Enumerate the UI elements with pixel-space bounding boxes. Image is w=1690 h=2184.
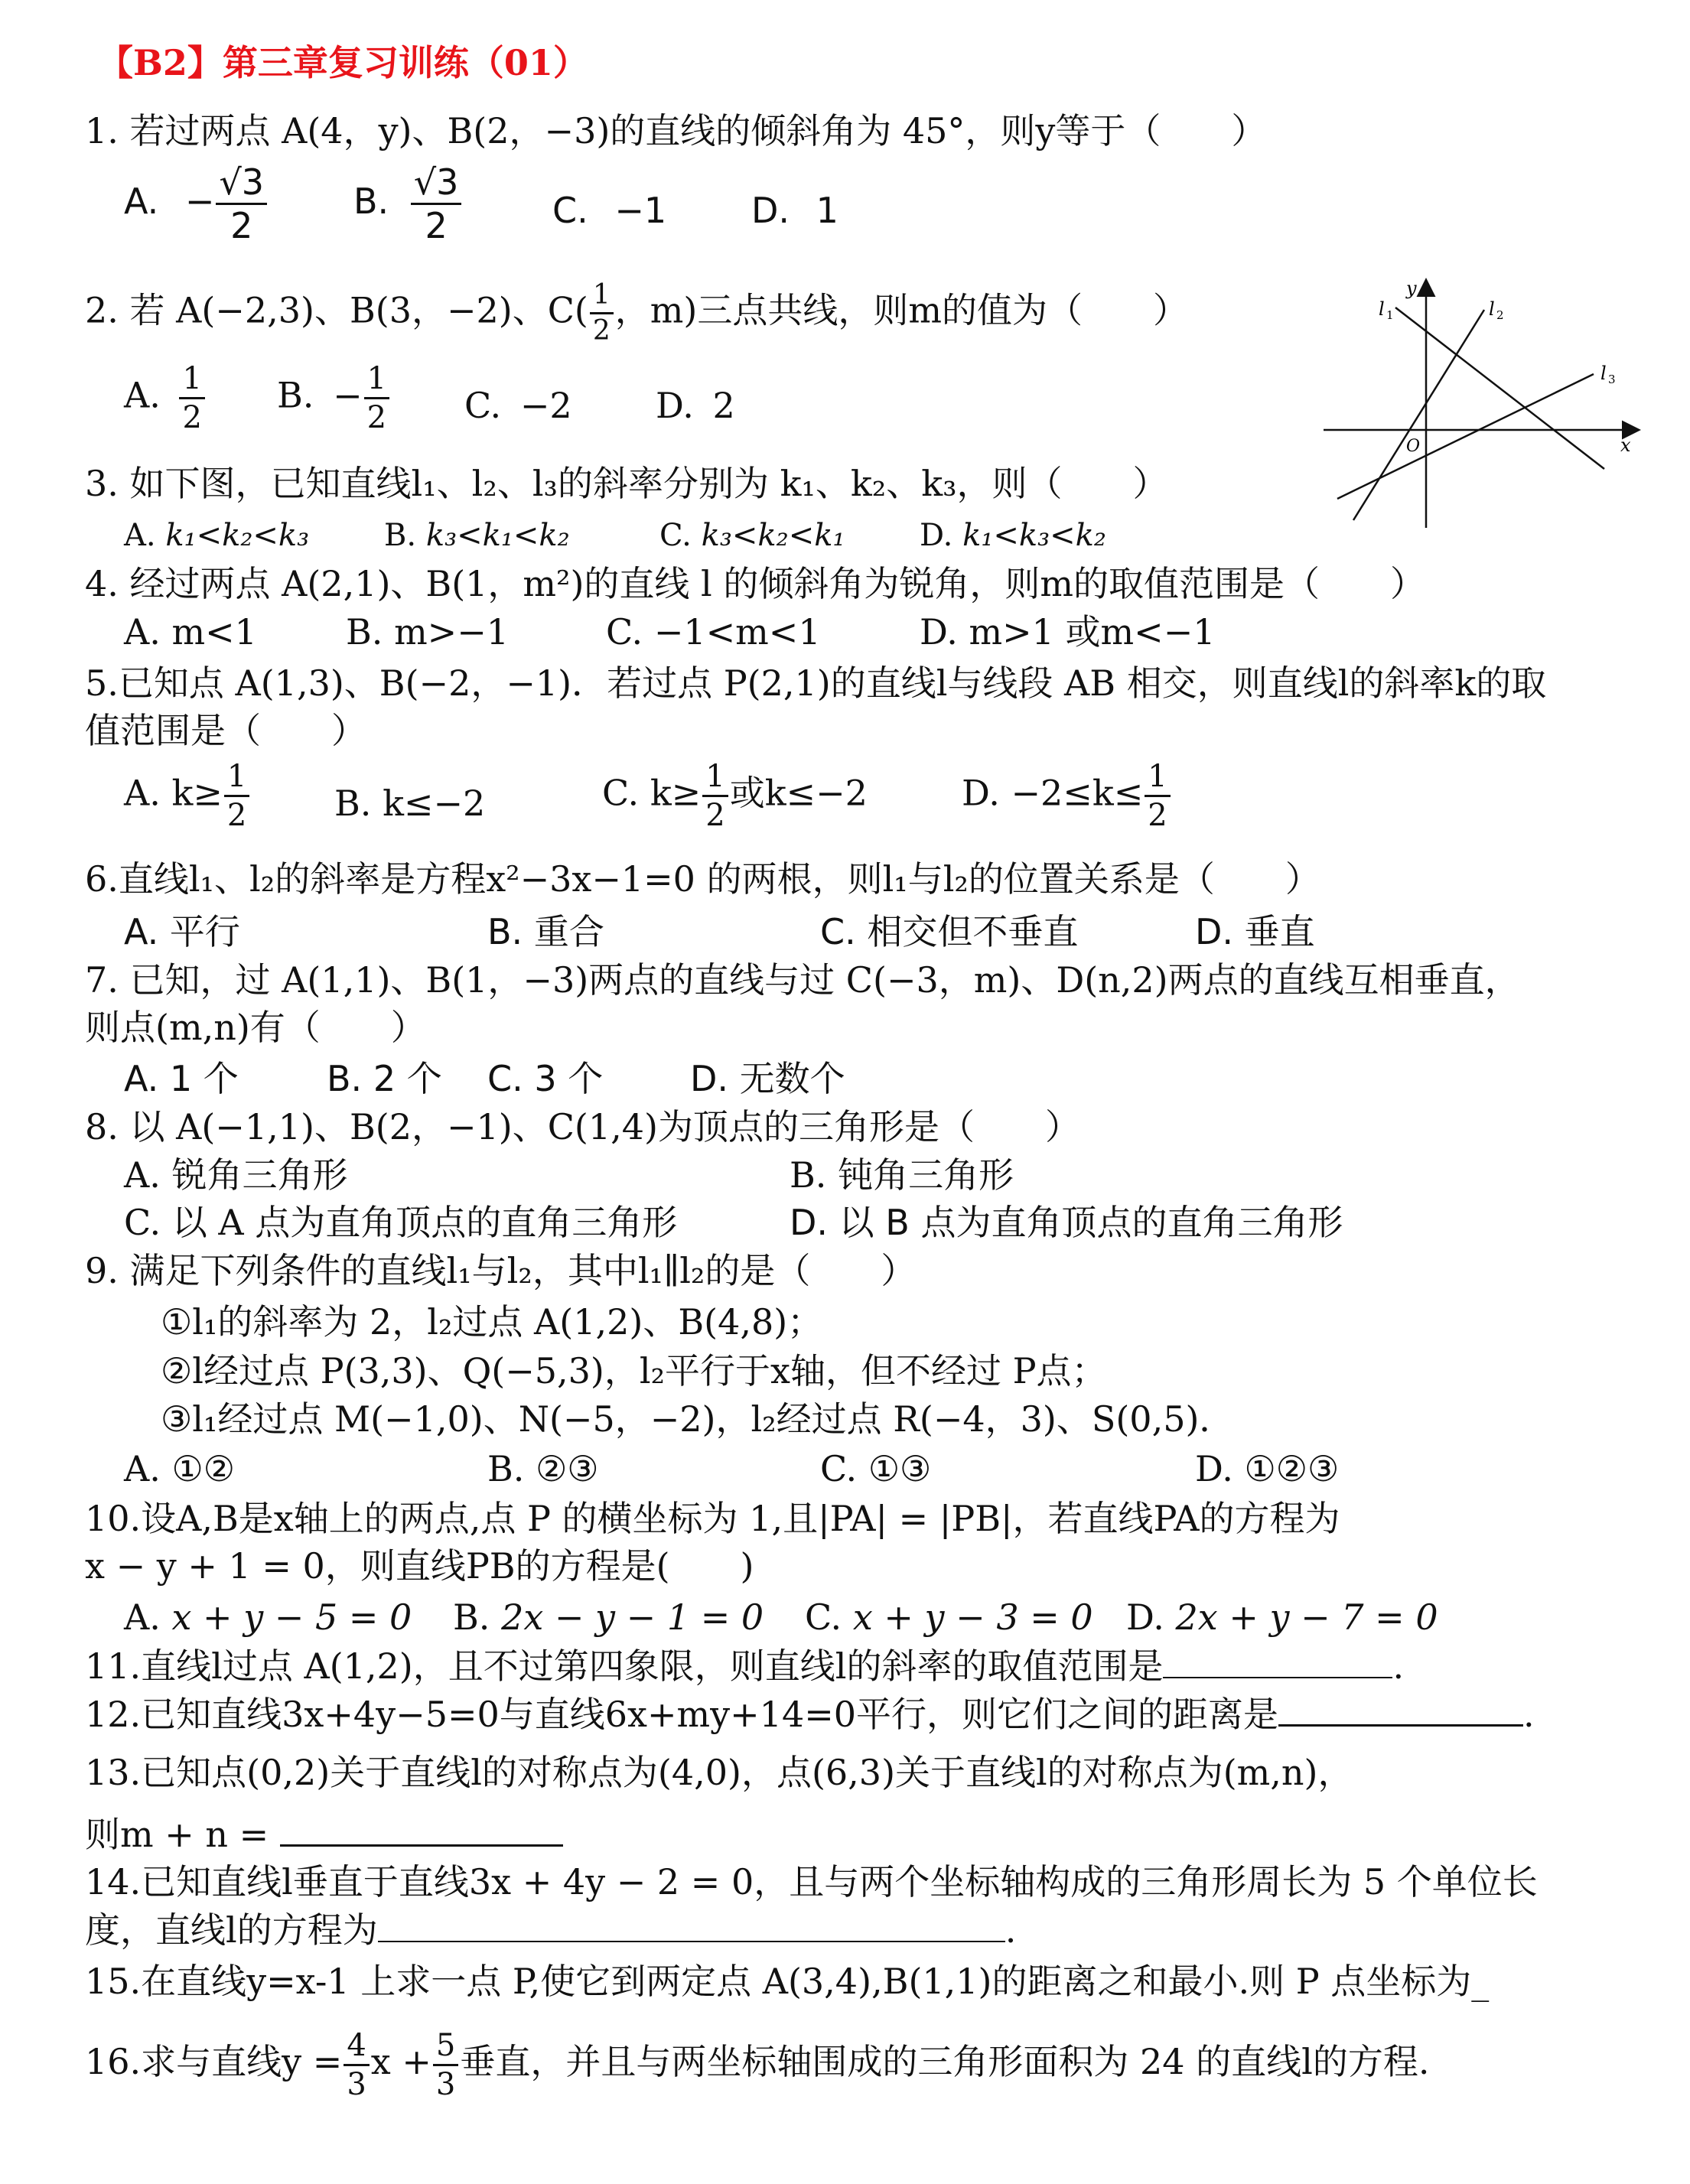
option-b: B. 2x − y − 1 = 0 [453,1594,764,1640]
question-4: 4. 经过两点 A(2,1)、B(1，m²)的直线 l 的倾斜角为锐角，则m的取… [85,561,1425,607]
origin-label: O [1406,437,1420,456]
x-axis-label: x [1620,435,1631,456]
svg-text:3: 3 [1608,373,1616,386]
question-8: 8. 以 A(−1,1)、B(2，−1)、C(1,4)为顶点的三角形是（ ） [85,1104,1080,1150]
svg-text:1: 1 [1386,308,1394,322]
question-2: 2. 若 A(−2,3)、B(3，−2)、C(12，m)三点共线，则m的值为（ … [85,282,1188,345]
option-b: B. 钝角三角形 [790,1152,1014,1198]
svg-text:l: l [1489,298,1495,320]
question-14: 14.已知直线l垂直于直线3x + 4y − 2 = 0，且与两个坐标轴构成的三… [85,1859,1538,1905]
question-15: 15.在直线y=x-1 上求一点 P,使它到两定点 A(3,4),B(1,1)的… [85,1958,1489,2004]
option-b: B. k₃<k₁<k₂ [384,513,570,558]
option-a: A. 1 个 [124,1056,239,1102]
option-b: B. m>−1 [346,609,509,655]
question-stem: 若过两点 A(4，y)、B(2，−3)的直线的倾斜角为 45°，则y等于（ ） [130,110,1267,151]
option-c: C. k≥12或k≤−2 [602,761,868,831]
answer-blank[interactable] [280,1814,563,1847]
line-l3 [1337,374,1594,499]
option-d: D. ①②③ [1195,1446,1339,1492]
option-a: A. m<1 [124,609,257,655]
option-a: A. −√32 [124,164,269,243]
option-a: A. 锐角三角形 [124,1152,347,1198]
option-b: B. ②③ [487,1446,599,1492]
title-text: 第三章复习训练（01） [223,42,588,83]
answer-blank[interactable] [1163,1646,1392,1678]
question-10: 10.设A,B是x轴上的两点,点 P 的横坐标为 1,且|PA| = |PB|，… [85,1496,1340,1541]
option-b: B. 2 个 [327,1056,442,1102]
option-a: A. ①② [124,1446,235,1492]
question-13-continued: 则m + n = [85,1811,563,1857]
question-14-continued: 度，直线l的方程为. [85,1907,1016,1953]
option-d: D. 垂直 [1195,909,1315,955]
option-b: B. √32 [353,164,463,243]
option-d: D. 1 [751,187,838,233]
option-a: A. 12 [124,363,207,433]
option-d: D. 以 B 点为直角顶点的直角三角形 [790,1199,1343,1245]
question-11: 11.直线l过点 A(1,2)，且不过第四象限，则直线l的斜率的取值范围是. [85,1643,1404,1689]
title-tag: 【B2】 [98,42,223,83]
question-3: 3. 如下图，已知直线l₁、l₂、l₃的斜率分别为 k₁、k₂、k₃，则（ ） [85,461,1168,506]
option-c: C. −1 [552,187,666,233]
option-b: B. k≤−2 [334,780,485,826]
option-d: D. m>1 或m<−1 [920,609,1216,655]
option-d: D. −2≤k≤12 [962,761,1172,831]
question-9-condition-1: ①l₁的斜率为 2，l₂过点 A(1,2)、B(4,8)； [161,1299,822,1345]
question-6: 6.直线l₁、l₂的斜率是方程x²−3x−1=0 的两根，则l₁与l₂的位置关系… [85,856,1320,902]
worksheet-title: 【B2】第三章复习训练（01） [98,40,588,86]
option-c: C. −2 [464,382,572,428]
option-d: D. 2x + y − 7 = 0 [1126,1594,1438,1640]
svg-text:l: l [1379,298,1385,320]
question-5-continued: 值范围是（ ） [85,708,366,753]
svg-text:2: 2 [1496,308,1504,322]
question-10-continued: x − y + 1 = 0，则直线PB的方程是( ) [85,1543,754,1589]
question-7-continued: 则点(m,n)有（ ） [85,1004,426,1050]
option-c: C. 以 A 点为直角顶点的直角三角形 [124,1199,677,1245]
answer-blank[interactable] [378,1910,1005,1942]
svg-text:l: l [1600,363,1607,384]
label-l2: l 2 [1489,298,1504,322]
option-c: C. −1<m<1 [606,609,821,655]
y-axis-label: y [1405,278,1417,299]
option-c: C. x + y − 3 = 0 [805,1594,1093,1640]
question-5: 5.已知点 A(1,3)、B(−2，−1)．若过点 P(2,1)的直线l与线段 … [85,660,1546,706]
option-a: A. k≥12 [124,761,251,831]
question-9: 9. 满足下列条件的直线l₁与l₂，其中l₁∥l₂的是（ ） [85,1248,916,1294]
question-12: 12.已知直线3x+4y−5=0与直线6x+my+14=0平行，则它们之间的距离… [85,1691,1535,1737]
option-c: C. ①③ [820,1446,931,1492]
question-16: 16.求与直线y =43x +53垂直，并且与两坐标轴围成的三角形面积为 24 … [85,2020,1429,2104]
option-c: C. k₃<k₂<k₁ [659,513,845,558]
option-d: D. 2 [656,382,735,428]
label-l3: l 3 [1600,363,1616,386]
question-number: 1. [85,110,119,151]
option-a: A. 平行 [124,909,240,955]
option-a: A. k₁<k₂<k₃ [124,513,309,558]
slope-diagram: y x O l 1 l 2 l 3 [1301,268,1645,535]
answer-blank[interactable] [1278,1694,1523,1727]
question-13: 13.已知点(0,2)关于直线l的对称点为(4,0)，点(6,3)关于直线l的对… [85,1749,1353,1795]
option-c: C. 3 个 [487,1056,603,1102]
option-d: D. k₁<k₃<k₂ [920,513,1106,558]
option-b: B. −12 [277,363,391,433]
question-9-condition-3: ③l₁经过点 M(−1,0)、N(−5，−2)，l₂经过点 R(−4，3)、S(… [161,1396,1234,1442]
option-c: C. 相交但不垂直 [820,909,1078,955]
label-l1: l 1 [1379,298,1394,322]
option-a: A. x + y − 5 = 0 [124,1594,412,1640]
line-l2 [1353,310,1484,520]
question-7: 7. 已知，过 A(1,1)、B(1，−3)两点的直线与过 C(−3，m)、D(… [85,957,1520,1003]
question-9-condition-2: ②l经过点 P(3,3)、Q(−5,3)，l₂平行于x轴，但不经过 P点； [161,1348,1107,1394]
option-b: B. 重合 [487,909,604,955]
option-d: D. 无数个 [690,1056,845,1102]
question-1: 1. 若过两点 A(4，y)、B(2，−3)的直线的倾斜角为 45°，则y等于（… [85,108,1266,154]
